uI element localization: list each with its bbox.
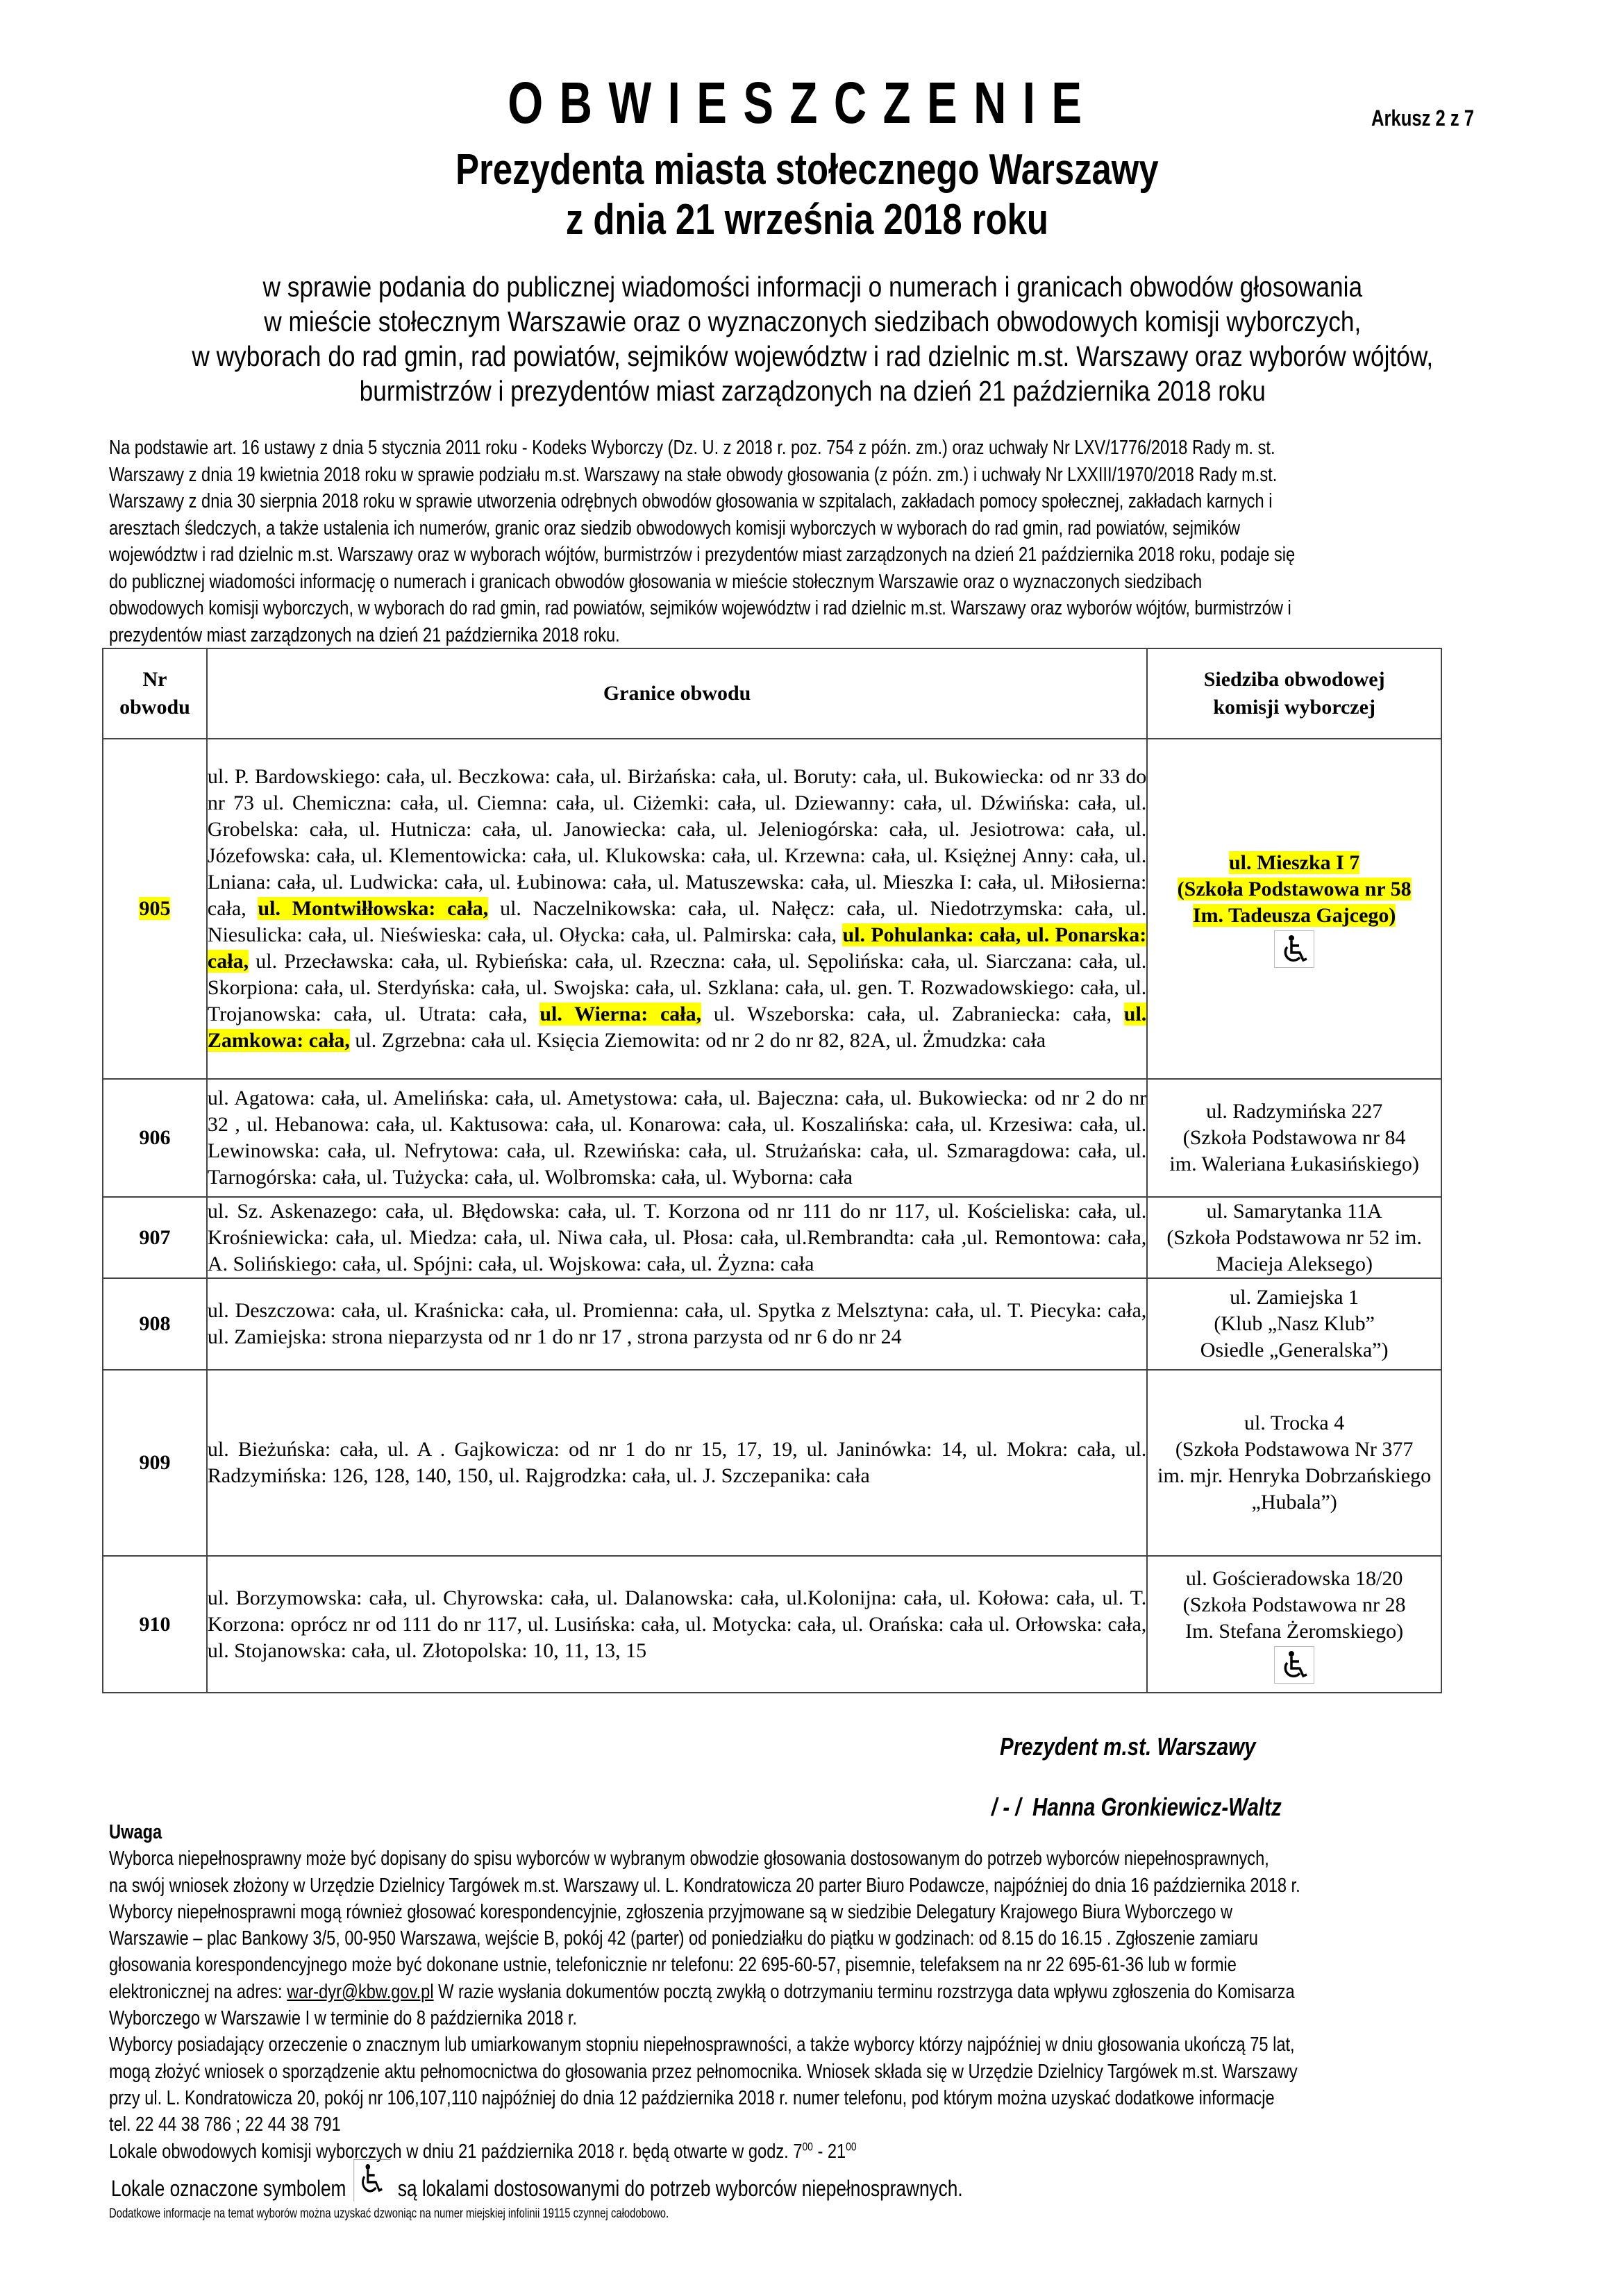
wheelchair-icon <box>353 2159 390 2202</box>
seat-line: (Szkoła Podstawowa nr 84 <box>1183 1126 1406 1149</box>
seat-line: Macieja Aleksego) <box>1216 1252 1373 1275</box>
basis-line: Na podstawie art. 16 ustawy z dnia 5 sty… <box>109 435 1439 462</box>
commission-seat: ul. Trocka 4(Szkoła Podstawowa Nr 377im.… <box>1147 1370 1441 1556</box>
email-link[interactable]: war-dyr@kbw.gov.pl <box>287 1981 433 2003</box>
notes-line: przy ul. L. Kondratowicza 20, pokój nr 1… <box>109 2085 1467 2111</box>
basis-line: do publicznej wiadomości informację o nu… <box>109 569 1439 596</box>
notes-section: Uwaga Wyborca niepełnosprawny może być d… <box>109 1819 1467 2165</box>
document-subtitle-date: z dnia 21 września 2018 roku <box>141 196 1473 244</box>
lead-line: w wyborach do rad gmin, rad powiatów, se… <box>115 339 1512 374</box>
seat-line: Im. Stefana Żeromskiego) <box>1185 1620 1403 1643</box>
district-number: 907 <box>103 1197 207 1278</box>
district-number: 908 <box>103 1278 207 1370</box>
wheelchair-icon <box>1274 1646 1314 1684</box>
symbol-legend: Lokale oznaczone symbolem są lokalami do… <box>111 2159 963 2202</box>
table-row: 906ul. Agatowa: cała, ul. Amelińska: cał… <box>103 1079 1441 1197</box>
basis-line: prezydentów miast zarządzonych na dzień … <box>109 622 1439 649</box>
street-list: ul. Deszczowa: cała, ul. Kraśnicka: cała… <box>208 1299 1146 1348</box>
seat-line: im. mjr. Henryka Dobrzańskiego <box>1157 1464 1431 1487</box>
signature-role: Prezydent m.st. Warszawy <box>1000 1732 1256 1761</box>
header-district-bounds: Granice obwodu <box>207 648 1147 739</box>
table-row: 907 ul. Sz. Askenazego: cała, ul. Błędow… <box>103 1197 1441 1278</box>
basis-line: aresztach śledczych, a także ustalenia i… <box>109 515 1439 542</box>
street-list: ul. Agatowa: cała, ul. Amelińska: cała, … <box>208 1087 1146 1189</box>
highlighted-street: ul. Montwiłłowska: cała, <box>258 897 488 920</box>
notes-line: Wyborca niepełnosprawny może być dopisan… <box>109 1845 1467 1872</box>
notes-line: na swój wniosek złożony w Urzędzie Dziel… <box>109 1872 1467 1899</box>
document-title: OBWIESZCZENIE <box>169 69 1436 137</box>
seat-line: ul. Mieszka I 7 <box>1229 851 1359 874</box>
seat-line: Im. Tadeusza Gajcego) <box>1193 904 1396 927</box>
table-header-row: Nr obwodu Granice obwodu Siedziba obwodo… <box>103 648 1441 739</box>
basis-line: Warszawy z dnia 30 sierpnia 2018 roku w … <box>109 488 1439 515</box>
lead-line: w mieście stołecznym Warszawie oraz o wy… <box>115 304 1512 339</box>
seat-line: (Klub „Nasz Klub” <box>1214 1312 1375 1335</box>
seat-line: (Szkoła Podstawowa nr 58 <box>1178 878 1412 900</box>
notes-line: głosowania korespondencyjnego może być d… <box>109 1952 1467 1978</box>
table-row: 909ul. Bieżuńska: cała, ul. A . Gajkowic… <box>103 1370 1441 1556</box>
highlighted-street: ul. Wierna: cała, <box>539 1003 701 1025</box>
district-bounds: ul. Bieżuńska: cała, ul. A . Gajkowicza:… <box>207 1370 1147 1556</box>
legal-basis: Na podstawie art. 16 ustawy z dnia 5 sty… <box>109 435 1439 648</box>
commission-seat: ul. Gościeradowska 18/20(Szkoła Podstawo… <box>1147 1556 1441 1693</box>
districts-table: Nr obwodu Granice obwodu Siedziba obwodo… <box>102 648 1442 1693</box>
commission-seat: ul. Radzymińska 227(Szkoła Podstawowa nr… <box>1147 1079 1441 1197</box>
notes-line: tel. 22 44 38 786 ; 22 44 38 791 <box>109 2111 1467 2138</box>
seat-line: (Szkoła Podstawowa nr 28 <box>1183 1593 1406 1616</box>
commission-seat: ul. Samarytanka 11A(Szkoła Podstawowa nr… <box>1147 1197 1441 1278</box>
notes-line: Wyborcy posiadający orzeczenie o znaczny… <box>109 2031 1467 2058</box>
lead-line: w sprawie podania do publicznej wiadomoś… <box>115 269 1512 304</box>
notes-heading: Uwaga <box>109 1819 1467 1845</box>
seat-line: ul. Trocka 4 <box>1244 1411 1344 1434</box>
district-number: 910 <box>103 1556 207 1693</box>
seat-line: (Szkoła Podstawowa Nr 377 <box>1175 1438 1413 1461</box>
district-number: 909 <box>103 1370 207 1556</box>
sheet-number: Arkusz 2 z 7 <box>1371 106 1474 131</box>
seat-line: „Hubala”) <box>1252 1491 1337 1514</box>
notes-line: Warszawie – plac Bankowy 3/5, 00-950 War… <box>109 1925 1467 1952</box>
signature-name: / - / Hanna Gronkiewicz-Waltz <box>991 1793 1282 1822</box>
basis-line: Warszawy z dnia 19 kwietnia 2018 roku w … <box>109 462 1439 489</box>
notes-line-email: elektronicznej na adres: war-dyr@kbw.gov… <box>109 1979 1467 2005</box>
street-list: ul. Wszeborska: cała, ul. Zabraniecka: c… <box>701 1003 1124 1025</box>
table-row: 905ul. P. Bardowskiego: cała, ul. Beczko… <box>103 739 1441 1079</box>
seat-line: ul. Zamiejska 1 <box>1230 1286 1359 1309</box>
notes-line: Wyborczego w Warszawie I w terminie do 8… <box>109 2005 1467 2031</box>
seat-line: Osiedle „Generalska”) <box>1200 1339 1389 1361</box>
basis-line: obwodowych komisji wyborczych, w wyborac… <box>109 595 1439 622</box>
street-list: ul. Borzymowska: cała, ul. Chyrowska: ca… <box>208 1586 1146 1662</box>
district-bounds: ul. Agatowa: cała, ul. Amelińska: cała, … <box>207 1079 1147 1197</box>
table-row: 910ul. Borzymowska: cała, ul. Chyrowska:… <box>103 1556 1441 1693</box>
header-commission-seat: Siedziba obwodowej komisji wyborczej <box>1147 648 1441 739</box>
commission-seat: ul. Zamiejska 1(Klub „Nasz Klub”Osiedle … <box>1147 1278 1441 1370</box>
notes-line: Wyborcy niepełnosprawni mogą również gło… <box>109 1899 1467 1925</box>
district-bounds: ul. Deszczowa: cała, ul. Kraśnicka: cała… <box>207 1278 1147 1370</box>
district-bounds: ul. Sz. Askenazego: cała, ul. Błędowska:… <box>207 1197 1147 1278</box>
document-subtitle-issuer: Prezydenta miasta stołecznego Warszawy <box>141 146 1473 194</box>
street-list: ul. Bieżuńska: cała, ul. A . Gajkowicza:… <box>208 1438 1146 1487</box>
district-number: 905 <box>103 739 207 1079</box>
basis-line: województw i rad dzielnic m.st. Warszawy… <box>109 542 1439 569</box>
document-lead: w sprawie podania do publicznej wiadomoś… <box>115 269 1512 408</box>
district-bounds: ul. P. Bardowskiego: cała, ul. Beczkowa:… <box>207 739 1147 1079</box>
lead-line: burmistrzów i prezydentów miast zarządzo… <box>115 374 1512 408</box>
wheelchair-icon <box>1274 930 1314 968</box>
seat-line: ul. Gościeradowska 18/20 <box>1186 1567 1403 1590</box>
street-list: ul. Zgrzebna: cała ul. Księcia Ziemowita… <box>350 1029 1046 1052</box>
district-bounds: ul. Borzymowska: cała, ul. Chyrowska: ca… <box>207 1556 1147 1693</box>
seat-line: (Szkoła Podstawowa nr 52 im. <box>1166 1226 1421 1249</box>
seat-line: im. Waleriana Łukasińskiego) <box>1169 1153 1418 1175</box>
commission-seat: ul. Mieszka I 7(Szkoła Podstawowa nr 58I… <box>1147 739 1441 1079</box>
seat-line: ul. Samarytanka 11A <box>1207 1200 1382 1223</box>
header-district-number: Nr obwodu <box>103 648 207 739</box>
table-row: 908ul. Deszczowa: cała, ul. Kraśnicka: c… <box>103 1278 1441 1370</box>
notes-line: mogą złożyć wniosek o sporządzenie aktu … <box>109 2059 1467 2085</box>
street-list: ul. Sz. Askenazego: cała, ul. Błędowska:… <box>208 1200 1146 1275</box>
infoline-note: Dodatkowe informacje na temat wyborów mo… <box>109 2206 669 2222</box>
seat-line: ul. Radzymińska 227 <box>1206 1100 1382 1123</box>
district-number: 906 <box>103 1079 207 1197</box>
